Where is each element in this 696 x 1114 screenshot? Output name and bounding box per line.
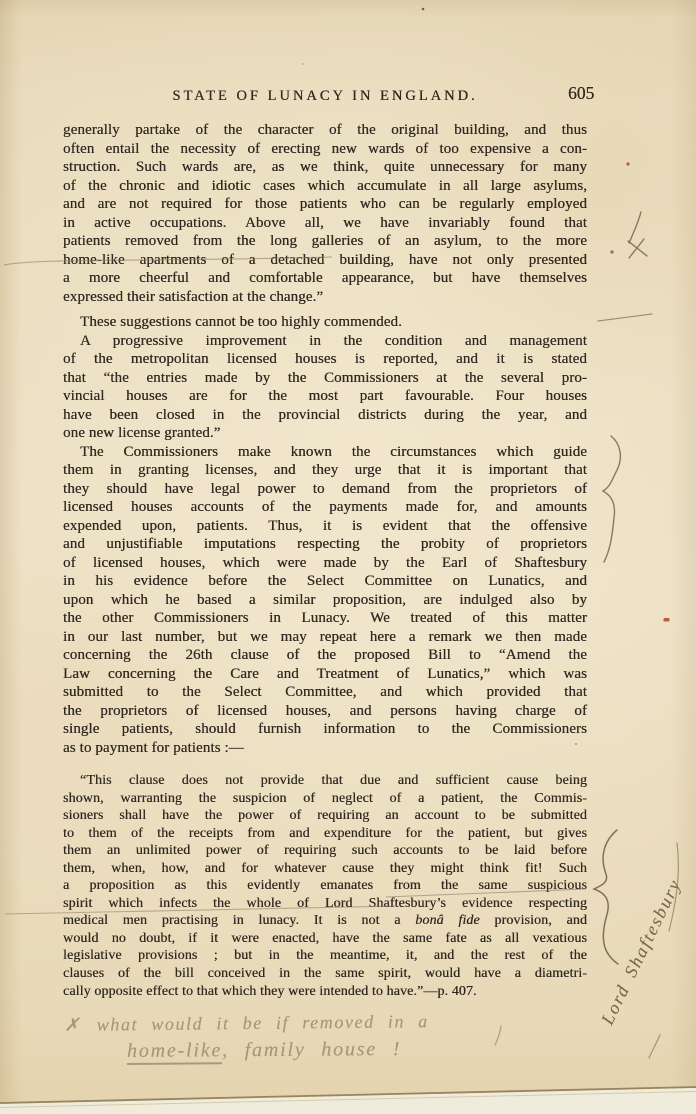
text-line: them, when, how, and for whatever cause … (63, 860, 587, 878)
comma-stroke (495, 1026, 501, 1045)
text-line: These suggestions cannot be too highly c… (63, 313, 587, 332)
text-line: them in granting licenses, and they urge… (63, 461, 587, 480)
exclamation-dot (610, 250, 613, 253)
text-line: licensed houses accounts of the payments… (63, 498, 587, 517)
handwritten-x-mark: ✗ (64, 1015, 81, 1035)
exclamation-slash (629, 212, 641, 243)
scanned-page: STATE OF LUNACY IN ENGLAND. 605 generall… (0, 0, 696, 1114)
red-speck-lower (664, 618, 670, 622)
text-line: of licensed houses, which were made by t… (63, 554, 587, 573)
text-line: a proposition as this evidently emanates… (63, 877, 587, 895)
text-line: to them of the receipts from and expendi… (63, 825, 587, 843)
paper-speck-3 (302, 63, 304, 65)
text-line: submitted to the Select Committee, and w… (63, 683, 587, 702)
brace-lower (594, 830, 618, 964)
text-line: of the metropolitan licensed houses is r… (63, 350, 587, 369)
text-line: home-like apartments of a detached build… (63, 251, 587, 270)
text-line: The Commissioners make known the circums… (63, 443, 587, 462)
text-line: spirit which infects the whole of Lord S… (63, 895, 587, 913)
text-line: generally partake of the character of th… (63, 121, 587, 140)
text-line: the proprietors of licensed houses, and … (63, 702, 587, 721)
text-line: single patients, should furnish informat… (63, 720, 587, 739)
text-line: A progressive improvement in the conditi… (63, 332, 587, 351)
text-line: expended upon, patients. Thus, it is evi… (63, 517, 587, 536)
text-line: Law concerning the Care and Treatment of… (63, 665, 587, 684)
text-line: expressed their satisfaction at the chan… (63, 288, 587, 307)
paragraph-progressive-improvement: A progressive improvement in the conditi… (63, 332, 587, 443)
text-line: concerning the 26th clause of the propos… (63, 646, 587, 665)
text-line: in his evidence before the Select Commit… (63, 572, 587, 591)
text-line: often entail the necessity of erecting n… (63, 140, 587, 159)
text-line: would no doubt, if it were enacted, have… (63, 930, 587, 948)
text-line: of the chronic and idiotic cases which a… (63, 177, 587, 196)
text-line: sioners shall have the power of requirin… (63, 807, 587, 825)
text-line: one new license granted.” (63, 424, 587, 443)
text-line: they should have legal power to demand f… (63, 480, 587, 499)
page-edge-line-2 (0, 1092, 696, 1108)
text-line: a more cheerful and comfortable appearan… (63, 269, 587, 288)
handwritten-note-line2-rest: , family house ! (222, 1038, 401, 1061)
text-line: in our last number, but we may repeat he… (63, 628, 587, 647)
text-line: them an unlimited power of requiring suc… (63, 842, 587, 860)
margin-note-lord-shaftesbury: Lord Shaftesbury (597, 875, 686, 1028)
text-line: shown, warranting the suspicion of negle… (63, 790, 587, 808)
brace-upper (603, 436, 620, 562)
running-header: STATE OF LUNACY IN ENGLAND. (63, 88, 587, 105)
text-line: clauses of the bill conceived in the sam… (63, 965, 587, 983)
text-column: generally partake of the character of th… (63, 121, 587, 1000)
text-line: upon which he based a similar propositio… (63, 591, 587, 610)
small-slash (649, 1035, 660, 1058)
handwritten-note-line1: ✗what would it be if removed in a (64, 1011, 429, 1036)
text-line: patients removed from the long galleries… (63, 232, 587, 251)
text-line: medical men practising in lunacy. It is … (63, 912, 587, 930)
text-line: in active occupations. Above all, we hav… (63, 214, 587, 233)
paragraph-commendation: These suggestions cannot be too highly c… (63, 313, 587, 332)
handwritten-underlined-word: home-like (127, 1039, 222, 1065)
text-line: that “the entries made by the Commission… (63, 369, 587, 388)
handwritten-note-text: what would it be if removed in a (97, 1011, 429, 1034)
text-line: have been closed in the provincial distr… (63, 406, 587, 425)
paragraph-commissioners-licenses: The Commissioners make known the circums… (63, 443, 587, 758)
paper-speck-1 (422, 8, 425, 11)
text-line: and are not required for those patients … (63, 195, 587, 214)
red-speck-upper (626, 162, 629, 165)
handwritten-note-line2: home-like, family house ! (127, 1038, 401, 1063)
page-edge-underlay (0, 1088, 696, 1114)
text-line: legislative provisions ; but in the mean… (63, 947, 587, 965)
text-line: “This clause does not provide that due a… (63, 772, 587, 790)
text-line: the other Commissioners in Lunacy. We tr… (63, 609, 587, 628)
text-line: cally opposite effect to that which they… (63, 983, 587, 1001)
text-line: vincial houses are for the most part fav… (63, 387, 587, 406)
text-line: as to payment for patients :— (63, 739, 587, 758)
paragraph-clause-extract: “This clause does not provide that due a… (63, 772, 587, 1000)
text-line: struction. Such wards are, as we think, … (63, 158, 587, 177)
text-line: and unjustifiable imputations respecting… (63, 535, 587, 554)
page-edge-line (0, 1087, 696, 1103)
margin-dash (598, 314, 652, 321)
page-number: 605 (568, 83, 594, 104)
paragraph-extract-continuation: generally partake of the character of th… (63, 121, 587, 306)
x-mark (628, 239, 647, 258)
